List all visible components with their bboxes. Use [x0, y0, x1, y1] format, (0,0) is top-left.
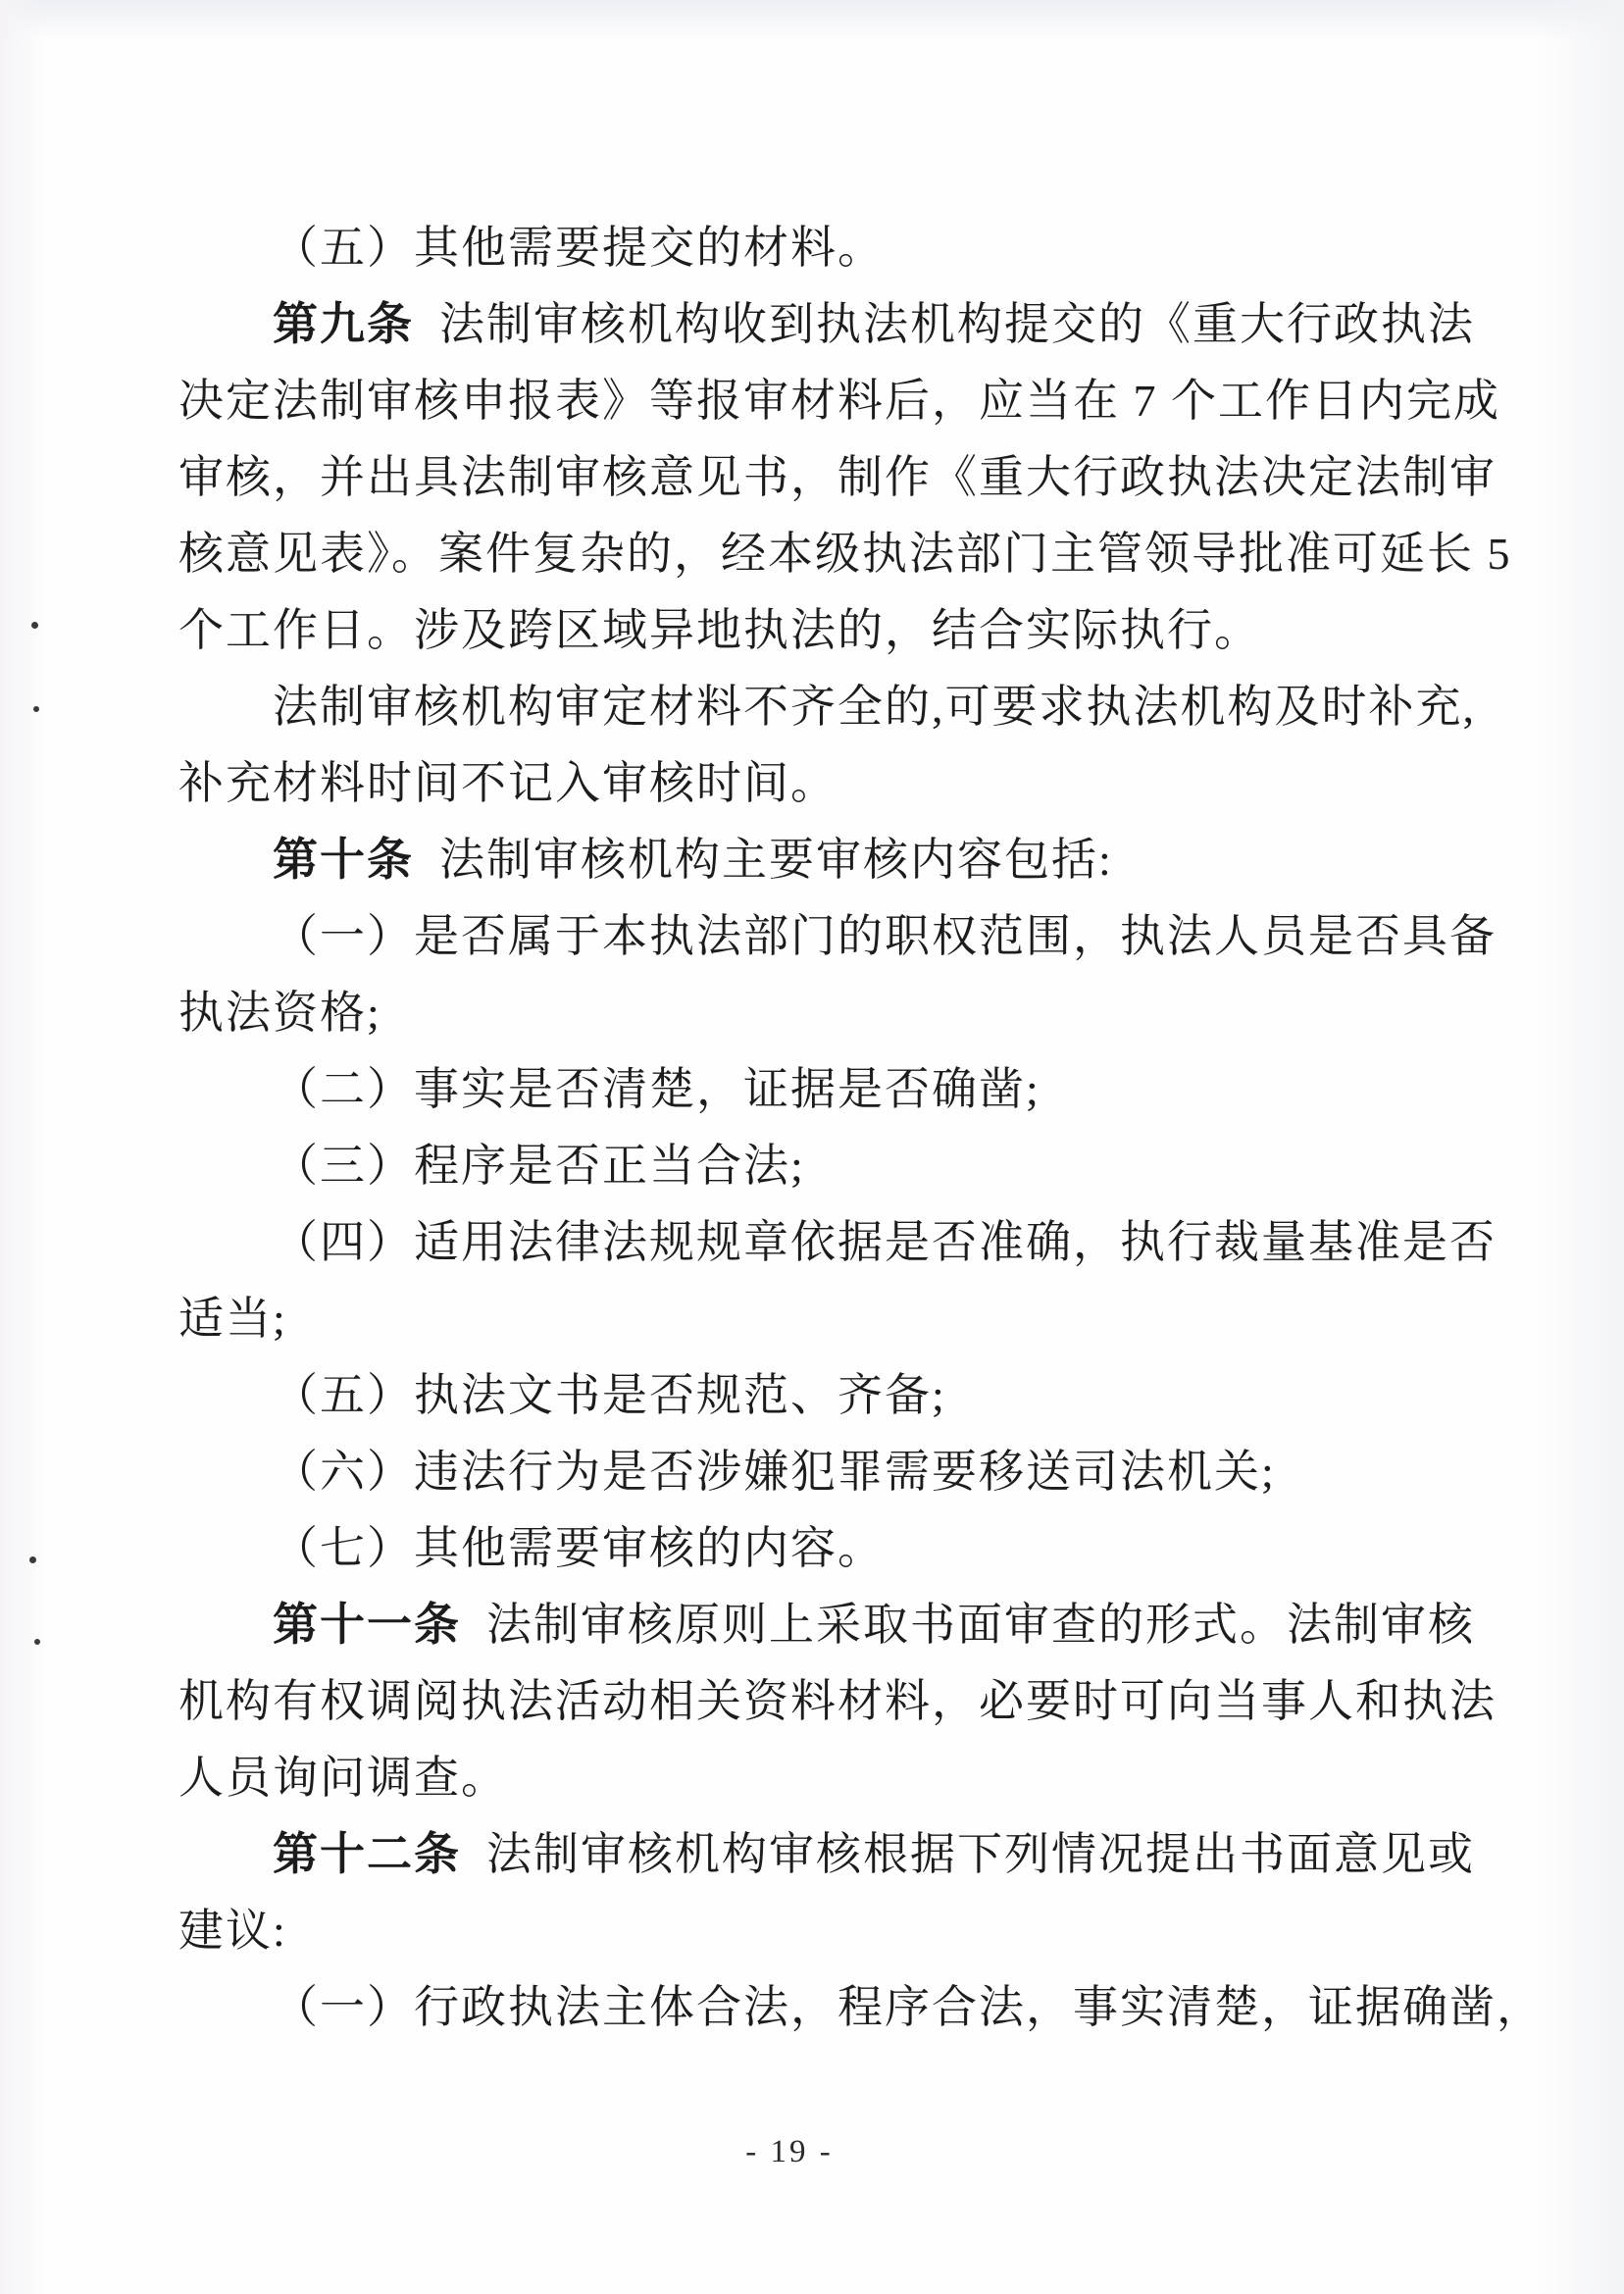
text-line: 第十二条法制审核机构审核根据下列情况提出书面意见或 — [178, 1816, 1453, 1893]
line-text: 决定法制审核申报表》等报审材料后，应当在 7 个工作日内完成 — [178, 376, 1500, 426]
text-line: （一）行政执法主体合法，程序合法，事实清楚，证据确凿， — [178, 1969, 1453, 2046]
article-number: 第十一条 — [273, 1600, 461, 1650]
scan-speck — [33, 706, 39, 712]
text-line: （三）程序是否正当合法; — [178, 1128, 1453, 1204]
document-body: （五）其他需要提交的材料。 第九条法制审核机构收到执法机构提交的《重大行政执法 … — [178, 210, 1453, 2046]
text-line: 第十条法制审核机构主要审核内容包括: — [178, 822, 1453, 898]
text-line: （四）适用法律法规规章依据是否准确，执行裁量基准是否 — [178, 1204, 1453, 1281]
line-text: （一）行政执法主体合法，程序合法，事实清楚，证据确凿， — [273, 1982, 1544, 2032]
text-line: 适当; — [178, 1281, 1453, 1357]
scan-edge-shading — [1506, 0, 1624, 2294]
line-text: 法制审核机构主要审核内容包括: — [439, 835, 1113, 885]
line-text: 法制审核机构审核根据下列情况提出书面意见或 — [486, 1829, 1475, 1879]
scan-edge-shading — [0, 0, 1624, 59]
text-line: 执法资格; — [178, 975, 1453, 1051]
scan-speck — [29, 1556, 36, 1563]
line-text: 人员询问调查。 — [178, 1753, 508, 1803]
line-text: 审核，并出具法制审核意见书，制作《重大行政执法决定法制审 — [178, 452, 1497, 502]
text-line: 核意见表》。案件复杂的，经本级执法部门主管领导批准可延长 5 — [178, 516, 1453, 592]
line-text: （三）程序是否正当合法; — [273, 1141, 805, 1191]
text-line: 个工作日。涉及跨区域异地执法的，结合实际执行。 — [178, 592, 1453, 669]
scan-speck — [31, 622, 38, 629]
document-page: （五）其他需要提交的材料。 第九条法制审核机构收到执法机构提交的《重大行政执法 … — [0, 0, 1624, 2294]
line-text: （四）适用法律法规规章依据是否准确，执行裁量基准是否 — [273, 1217, 1497, 1267]
text-line: 审核，并出具法制审核意见书，制作《重大行政执法决定法制审 — [178, 439, 1453, 516]
line-text: 建议: — [178, 1906, 287, 1956]
line-text: 适当; — [178, 1294, 287, 1344]
line-text: 个工作日。涉及跨区域异地执法的，结合实际执行。 — [178, 605, 1261, 655]
text-line: （六）违法行为是否涉嫌犯罪需要移送司法机关; — [178, 1434, 1453, 1510]
text-line: （七）其他需要审核的内容。 — [178, 1510, 1453, 1587]
line-text: 法制审核机构审定材料不齐全的,可要求执法机构及时补充, — [273, 682, 1476, 732]
text-line: 第十一条法制审核原则上采取书面审查的形式。法制审核 — [178, 1587, 1453, 1663]
text-line: 机构有权调阅执法活动相关资料材料，必要时可向当事人和执法 — [178, 1663, 1453, 1740]
scan-edge-shading — [0, 0, 59, 2294]
text-line: （一）是否属于本执法部门的职权范围，执法人员是否具备 — [178, 898, 1453, 975]
line-text: （六）违法行为是否涉嫌犯罪需要移送司法机关; — [273, 1447, 1276, 1497]
line-text: （七）其他需要审核的内容。 — [273, 1523, 885, 1573]
article-number: 第十条 — [273, 835, 414, 885]
text-line: 决定法制审核申报表》等报审材料后，应当在 7 个工作日内完成 — [178, 363, 1453, 439]
article-number: 第十二条 — [273, 1829, 461, 1879]
text-line: 人员询问调查。 — [178, 1740, 1453, 1816]
line-text: 核意见表》。案件复杂的，经本级执法部门主管领导批准可延长 5 — [178, 529, 1512, 579]
line-text: （五）其他需要提交的材料。 — [273, 223, 885, 273]
line-text: 补充材料时间不记入审核时间。 — [178, 758, 837, 808]
line-text: 执法资格; — [178, 988, 381, 1038]
line-text: （二）事实是否清楚，证据是否确凿; — [273, 1064, 1040, 1114]
text-line: 建议: — [178, 1893, 1453, 1969]
line-text: 法制审核原则上采取书面审查的形式。法制审核 — [486, 1600, 1475, 1650]
scan-speck — [34, 1639, 40, 1645]
text-line: 第九条法制审核机构收到执法机构提交的《重大行政执法 — [178, 286, 1453, 363]
text-line: （五）其他需要提交的材料。 — [178, 210, 1453, 286]
line-text: （一）是否属于本执法部门的职权范围，执法人员是否具备 — [273, 911, 1497, 961]
text-line: 补充材料时间不记入审核时间。 — [178, 745, 1453, 822]
text-line: （二）事实是否清楚，证据是否确凿; — [178, 1051, 1453, 1128]
text-line: 法制审核机构审定材料不齐全的,可要求执法机构及时补充, — [178, 669, 1453, 745]
page-number: - 19 - — [0, 2134, 1579, 2170]
article-number: 第九条 — [273, 299, 414, 349]
text-line: （五）执法文书是否规范、齐备; — [178, 1357, 1453, 1434]
line-text: 机构有权调阅执法活动相关资料材料，必要时可向当事人和执法 — [178, 1676, 1497, 1726]
line-text: （五）执法文书是否规范、齐备; — [273, 1370, 946, 1420]
line-text: 法制审核机构收到执法机构提交的《重大行政执法 — [439, 299, 1475, 349]
